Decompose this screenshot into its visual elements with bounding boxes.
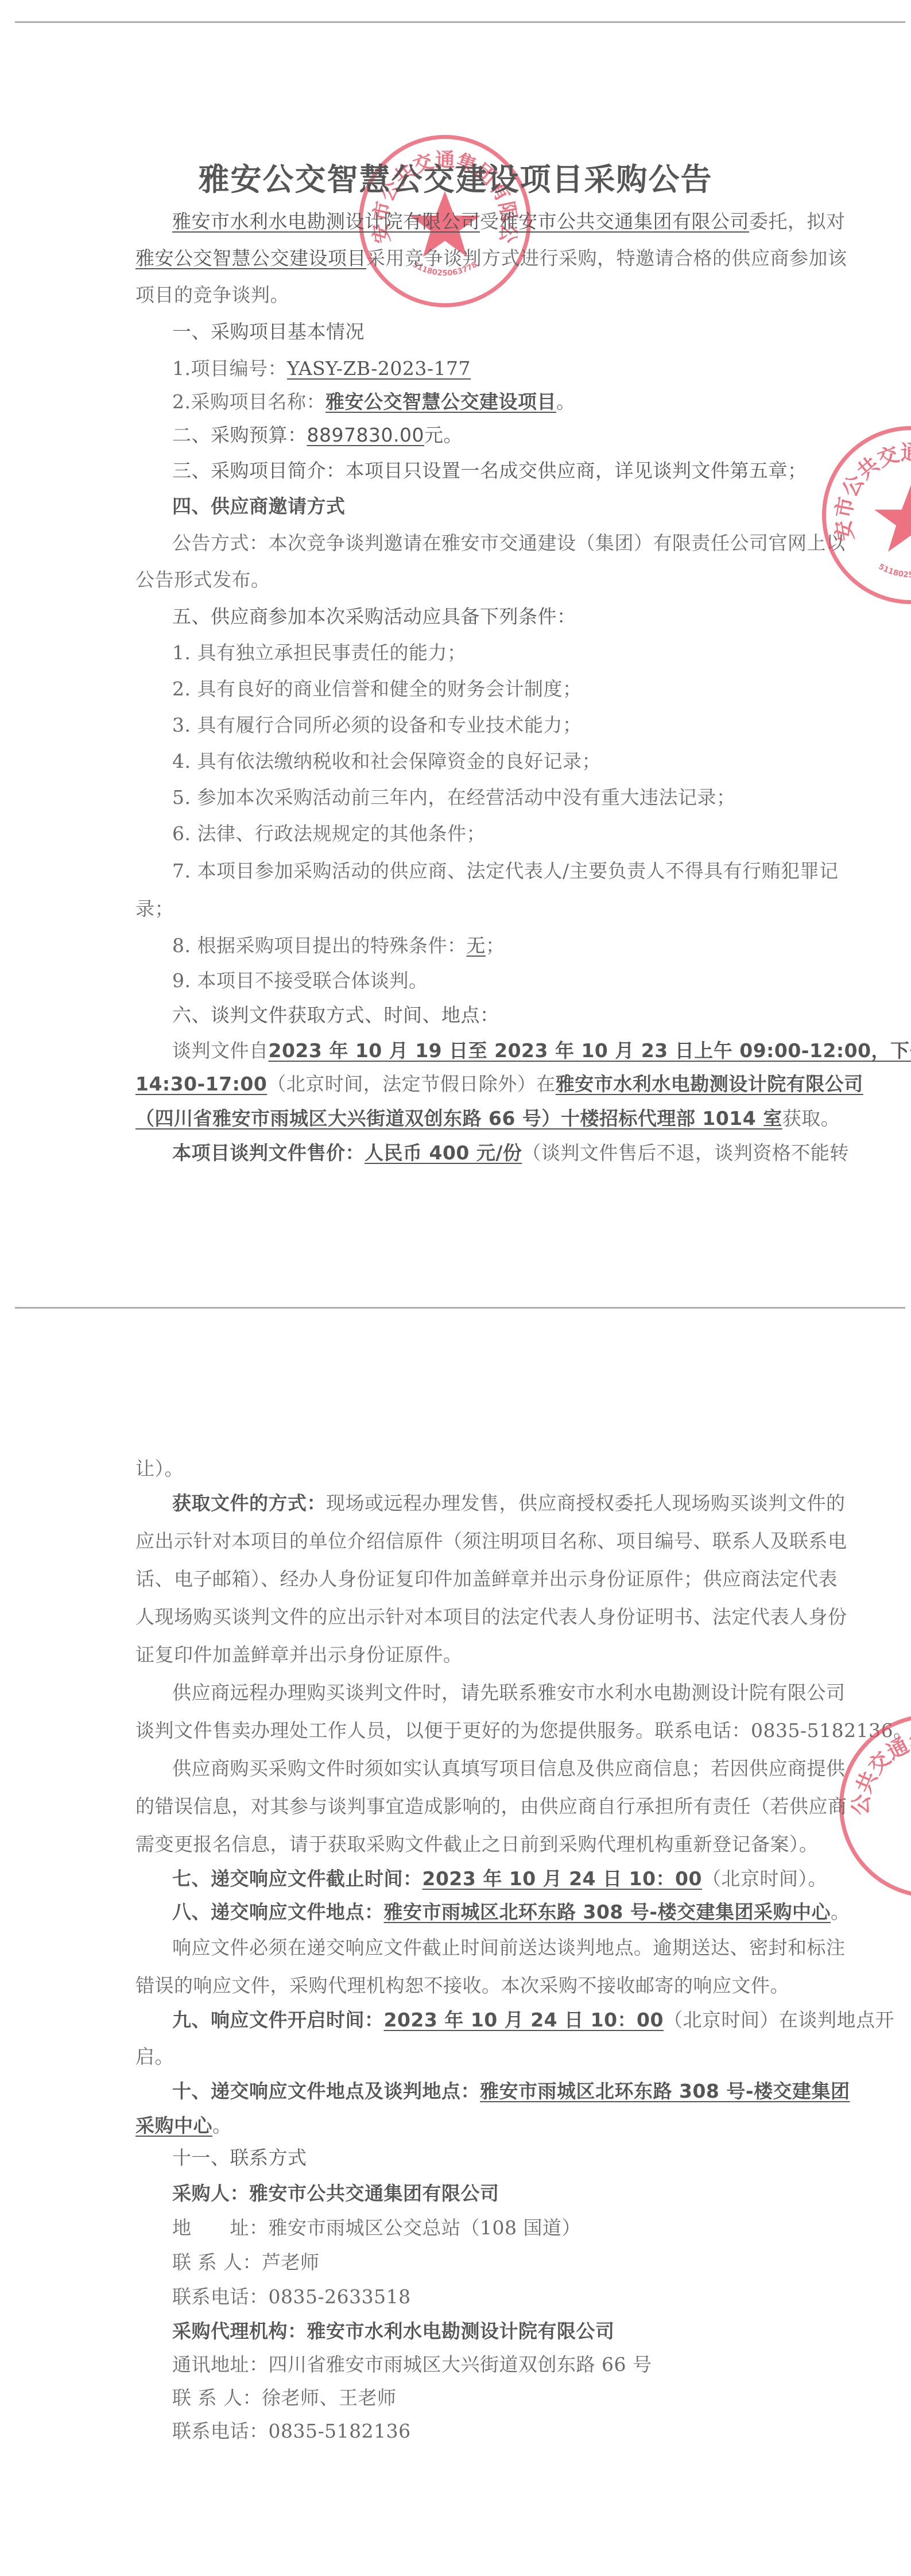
page-2-continuation: 让）。 [135,1457,184,1480]
condition-6: 6. 法律、行政法规规定的其他条件； [172,822,486,845]
acquire-method-line-5: 证复印件加盖鲜章并出示身份证原件。 [135,1643,463,1666]
agency-phone: 联系电话：0835-5182136 [172,2420,411,2443]
condition-5: 5. 参加本次采购活动前三年内，在经营活动中没有重大违法记录； [172,786,735,809]
project-name: 雅安公交智慧公交建设项目 [135,247,366,269]
opening-time-value: 2023 年 10 月 24 日 10：00 [384,2009,664,2031]
project-name-value: 雅安公交智慧公交建设项目 [325,390,556,413]
announce-method-line-1: 公告方式：本次竞争谈判邀请在雅安市交通建设（集团）有限责任公司官网上以 [172,532,846,555]
doc-time-line-1: 谈判文件自2023 年 10 月 19 日至 2023 年 10 月 23 日上… [172,1039,911,1062]
section-4-heading: 四、供应商邀请方式 [172,495,346,518]
svg-text:5118025063778: 5118025063778 [877,563,911,580]
condition-4: 4. 具有依法缴纳税收和社会保障资金的良好记录； [172,750,601,773]
accuracy-line-2: 的错误信息，对其参与谈判事宜造成影响的，由供应商自行承担所有责任（若供应商 [135,1795,847,1818]
condition-1: 1. 具有独立承担民事责任的能力； [172,641,466,664]
section-10-cont: 采购中心。 [135,2114,232,2137]
svg-text:雅安市公共交通集团有限公司: 雅安市公共交通集团有限公司 [816,411,911,543]
deadline-value: 2023 年 10 月 24 日 10：00 [422,1867,702,1890]
condition-7: 7. 本项目参加采购活动的供应商、法定代表人/主要负责人不得具有行贿犯罪记 [172,860,839,883]
intro-line-2: 雅安公交智慧公交建设项目采用竞争谈判方式进行采购，特邀请合格的供应商参加该 [135,247,847,270]
doc-location: 雅安市水利水电勘测设计院有限公司 [556,1073,863,1095]
page-2-top-separator [15,1307,905,1309]
purchaser-name-line: 采购人：雅安市公共交通集团有限公司 [172,2182,499,2205]
remote-purchase-line-1: 供应商远程办理购买谈判文件时，请先联系雅安市水利水电勘测设计院有限公司 [172,1681,846,1704]
section-9-cont: 启。 [135,2045,174,2068]
agency-name-link: 雅安市水利水电勘测设计院有限公司 [172,210,480,233]
section-11-heading: 十一、联系方式 [172,2146,307,2169]
section-8-location: 八、递交响应文件地点：雅安市雨城区北环东路 308 号-楼交建集团采购中心。 [172,1901,850,1924]
condition-2: 2. 具有良好的商业信誉和健全的财务会计制度； [172,678,582,701]
seal-graphic-icon: 雅安市公共交通集团有限公司 5118025063778 [826,430,911,600]
page-1-top-separator [15,21,905,23]
section-10-location: 十、递交响应文件地点及谈判地点：雅安市雨城区北环东路 308 号-楼交建集团 [172,2080,850,2103]
condition-9: 9. 本项目不接受联合体谈判。 [172,969,428,992]
doc-address: （四川省雅安市雨城区大兴街道双创东路 66 号）十楼招标代理部 1014 室 [135,1107,782,1130]
project-summary: 三、采购项目简介：本项目只设置一名成交供应商，详见谈判文件第五章； [172,459,807,482]
purchaser-name: 雅安市公共交通集团有限公司 [499,210,750,233]
section-5-heading: 五、供应商参加本次采购活动应具备下列条件： [172,605,576,628]
condition-8-value: 无 [466,934,486,957]
condition-7-cont: 录； [135,898,174,920]
budget-value: 8897830.00 [307,424,424,446]
doc-time-line-3: （四川省雅安市雨城区大兴街道双创东路 66 号）十楼招标代理部 1014 室获取… [135,1107,840,1130]
purchaser-phone: 联系电话：0835-2633518 [172,2285,411,2308]
acquire-method-line-1: 获取文件的方式：现场或远程办理发售，供应商授权委托人现场购买谈判文件的 [172,1492,846,1515]
intro-line-3: 项目的竞争谈判。 [135,284,289,307]
project-number: 1.项目编号：YASY-ZB-2023-177 [172,357,471,380]
accuracy-line-3: 需变更报名信息，请于获取采购文件截止之日前到采购代理机构重新登记备案）。 [135,1833,819,1856]
page-title: 雅安公交智慧公交建设项目采购公告 [0,155,911,199]
negotiation-location: 雅安市雨城区北环东路 308 号-楼交建集团 [480,2080,850,2102]
condition-3: 3. 具有履行合同所必须的设备和专业技术能力； [172,714,582,737]
intro-line-1: 雅安市水利水电勘测设计院有限公司受雅安市公共交通集团有限公司委托，拟对 [172,210,846,233]
acquire-method-line-3: 话、电子邮箱）、经办人身份证复印件加盖鲜章并出示身份证原件；供应商法定代表 [135,1568,838,1591]
doc-price: 本项目谈判文件售价：人民币 400 元/份（谈判文件售后不退，谈判资格不能转 [172,1142,849,1165]
seal-graphic-icon: 公共交通集团有限公司 [843,1718,911,1894]
late-line-1: 响应文件必须在递交响应文件截止时间前送达谈判地点。逾期送达、密封和标注 [172,1936,846,1959]
agency-contact: 联 系 人：徐老师、王老师 [172,2387,396,2409]
purchaser-address: 地 址：雅安市雨城区公交总站（108 国道） [172,2217,581,2240]
doc-price-value: 人民币 400 元/份 [365,1142,522,1164]
doc-time-line-2: 14:30-17:00（北京时间，法定节假日除外）在雅安市水利水电勘测设计院有限… [135,1073,863,1096]
purchaser-contact: 联 系 人：芦老师 [172,2251,319,2274]
section-7-deadline: 七、递交响应文件截止时间：2023 年 10 月 24 日 10：00（北京时间… [172,1867,827,1890]
acquire-method-line-2: 应出示针对本项目的单位介绍信原件（须注明项目名称、项目编号、联系人及联系电 [135,1530,847,1553]
condition-8: 8. 根据采购项目提出的特殊条件：无； [172,934,505,957]
company-seal-stamp-edge: 雅安市公共交通集团有限公司 5118025063778 [822,426,911,604]
submission-location: 雅安市雨城区北环东路 308 号-楼交建集团采购中心 [384,1901,831,1923]
accuracy-line-1: 供应商购买采购文件时须如实认真填写项目信息及供应商信息；若因供应商提供 [172,1757,846,1780]
remote-purchase-line-2: 谈判文件售卖办理处工作人员，以便于更好的为您提供服务。联系电话：0835-518… [135,1719,911,1742]
section-6-heading: 六、谈判文件获取方式、时间、地点： [172,1004,499,1027]
budget: 二、采购预算：8897830.00元。 [172,424,463,447]
project-number-value: YASY-ZB-2023-177 [287,357,471,380]
project-name-item: 2.采购项目名称：雅安公交智慧公交建设项目。 [172,390,576,413]
agency-address: 通讯地址：四川省雅安市雨城区大兴街道双创东路 66 号 [172,2353,652,2376]
section-1-heading: 一、采购项目基本情况 [172,320,365,343]
agency-name-line: 采购代理机构：雅安市水利水电勘测设计院有限公司 [172,2320,615,2343]
section-9-opening: 九、响应文件开启时间：2023 年 10 月 24 日 10：00（北京时间）在… [172,2009,894,2032]
acquire-method-line-4: 人现场购买谈判文件的应出示针对本项目的法定代表人身份证明书、法定代表人身份 [135,1606,847,1629]
doc-period: 2023 年 10 月 19 日至 2023 年 10 月 23 日上午 09:… [269,1039,911,1062]
late-line-2: 错误的响应文件，采购代理机构恕不接收。本次采购不接收邮寄的响应文件。 [135,1974,789,1997]
announce-method-line-2: 公告形式发布。 [135,568,270,591]
